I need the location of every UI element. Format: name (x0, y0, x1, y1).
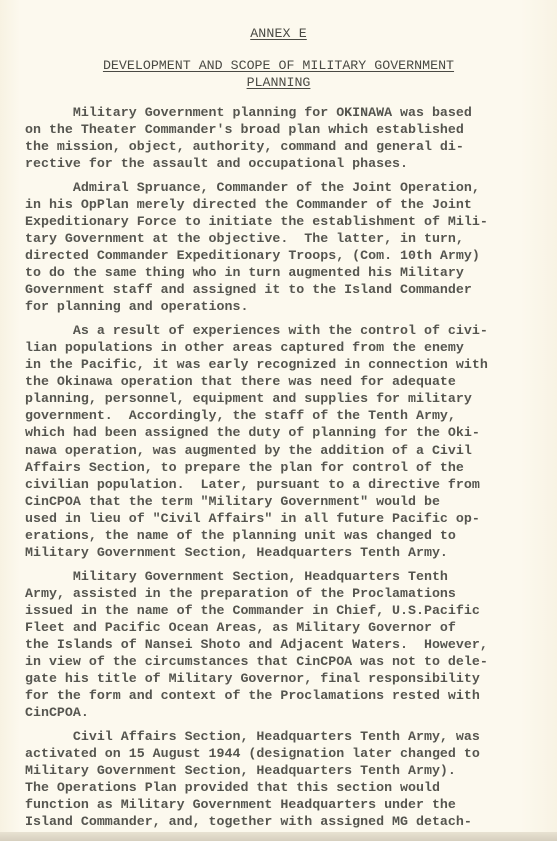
page-bottom-edge (0, 832, 557, 841)
paragraph: Military Government planning for OKINAWA… (25, 104, 545, 172)
text-line: rective for the assault and occupational… (25, 155, 545, 172)
text-line: directed Commander Expeditionary Troops,… (25, 247, 545, 264)
text-line: the Okinawa operation that there was nee… (25, 373, 545, 390)
text-line: Affairs Section, to prepare the plan for… (25, 459, 545, 476)
text-line: erations, the name of the planning unit … (25, 527, 545, 544)
title-line-1: DEVELOPMENT AND SCOPE OF MILITARY GOVERN… (103, 58, 454, 73)
text-line: in his OpPlan merely directed the Comman… (25, 196, 545, 213)
annex-heading: ANNEX E (0, 26, 557, 41)
text-line: to do the same thing who in turn augment… (25, 264, 545, 281)
text-line: nawa operation, was augmented by the add… (25, 442, 545, 459)
text-line: for the form and context of the Proclama… (25, 687, 545, 704)
text-line: Military Government Section, Headquarter… (25, 544, 545, 561)
text-line: in view of the circumstances that CinCPO… (25, 653, 545, 670)
text-line: CinCPOA. (25, 704, 545, 721)
text-line: planning, personnel, equipment and suppl… (25, 390, 545, 407)
text-line: Military Government Section, Headquarter… (25, 568, 545, 585)
paragraph: Admiral Spruance, Commander of the Joint… (25, 179, 545, 316)
annex-label: ANNEX E (250, 26, 307, 41)
text-line: CinCPOA that the term "Military Governme… (25, 493, 545, 510)
text-line: issued in the name of the Commander in C… (25, 602, 545, 619)
text-line: As a result of experiences with the cont… (25, 322, 545, 339)
document-body: Military Government planning for OKINAWA… (25, 104, 545, 837)
text-line: The Operations Plan provided that this s… (25, 779, 545, 796)
document-page: ANNEX E DEVELOPMENT AND SCOPE OF MILITAR… (0, 0, 557, 841)
text-line: civilian population. Later, pursuant to … (25, 476, 545, 493)
text-line: for planning and operations. (25, 298, 545, 315)
text-line: function as Military Government Headquar… (25, 796, 545, 813)
text-line: the mission, object, authority, command … (25, 138, 545, 155)
text-line: tary Government at the objective. The la… (25, 230, 545, 247)
title-line-2: PLANNING (247, 75, 311, 90)
text-line: Civil Affairs Section, Headquarters Tent… (25, 728, 545, 745)
paragraph: Civil Affairs Section, Headquarters Tent… (25, 728, 545, 831)
text-line: Fleet and Pacific Ocean Areas, as Milita… (25, 619, 545, 636)
text-line: gate his title of Military Governor, fin… (25, 670, 545, 687)
text-line: lian populations in other areas captured… (25, 339, 545, 356)
text-line: Government staff and assigned it to the … (25, 281, 545, 298)
text-line: on the Theater Commander's broad plan wh… (25, 121, 545, 138)
paragraph: As a result of experiences with the cont… (25, 322, 545, 561)
text-line: the Islands of Nansei Shoto and Adjacent… (25, 636, 545, 653)
text-line: Military Government planning for OKINAWA… (25, 104, 545, 121)
text-line: in the Pacific, it was early recognized … (25, 356, 545, 373)
text-line: Military Government Section, Headquarter… (25, 762, 545, 779)
text-line: Admiral Spruance, Commander of the Joint… (25, 179, 545, 196)
text-line: Army, assisted in the preparation of the… (25, 585, 545, 602)
document-title: DEVELOPMENT AND SCOPE OF MILITARY GOVERN… (0, 57, 557, 91)
text-line: government. Accordingly, the staff of th… (25, 407, 545, 424)
text-line: activated on 15 August 1944 (designation… (25, 745, 545, 762)
text-line: which had been assigned the duty of plan… (25, 424, 545, 441)
text-line: Island Commander, and, together with ass… (25, 813, 545, 830)
paragraph: Military Government Section, Headquarter… (25, 568, 545, 722)
text-line: used in lieu of "Civil Affairs" in all f… (25, 510, 545, 527)
text-line: Expeditionary Force to initiate the esta… (25, 213, 545, 230)
